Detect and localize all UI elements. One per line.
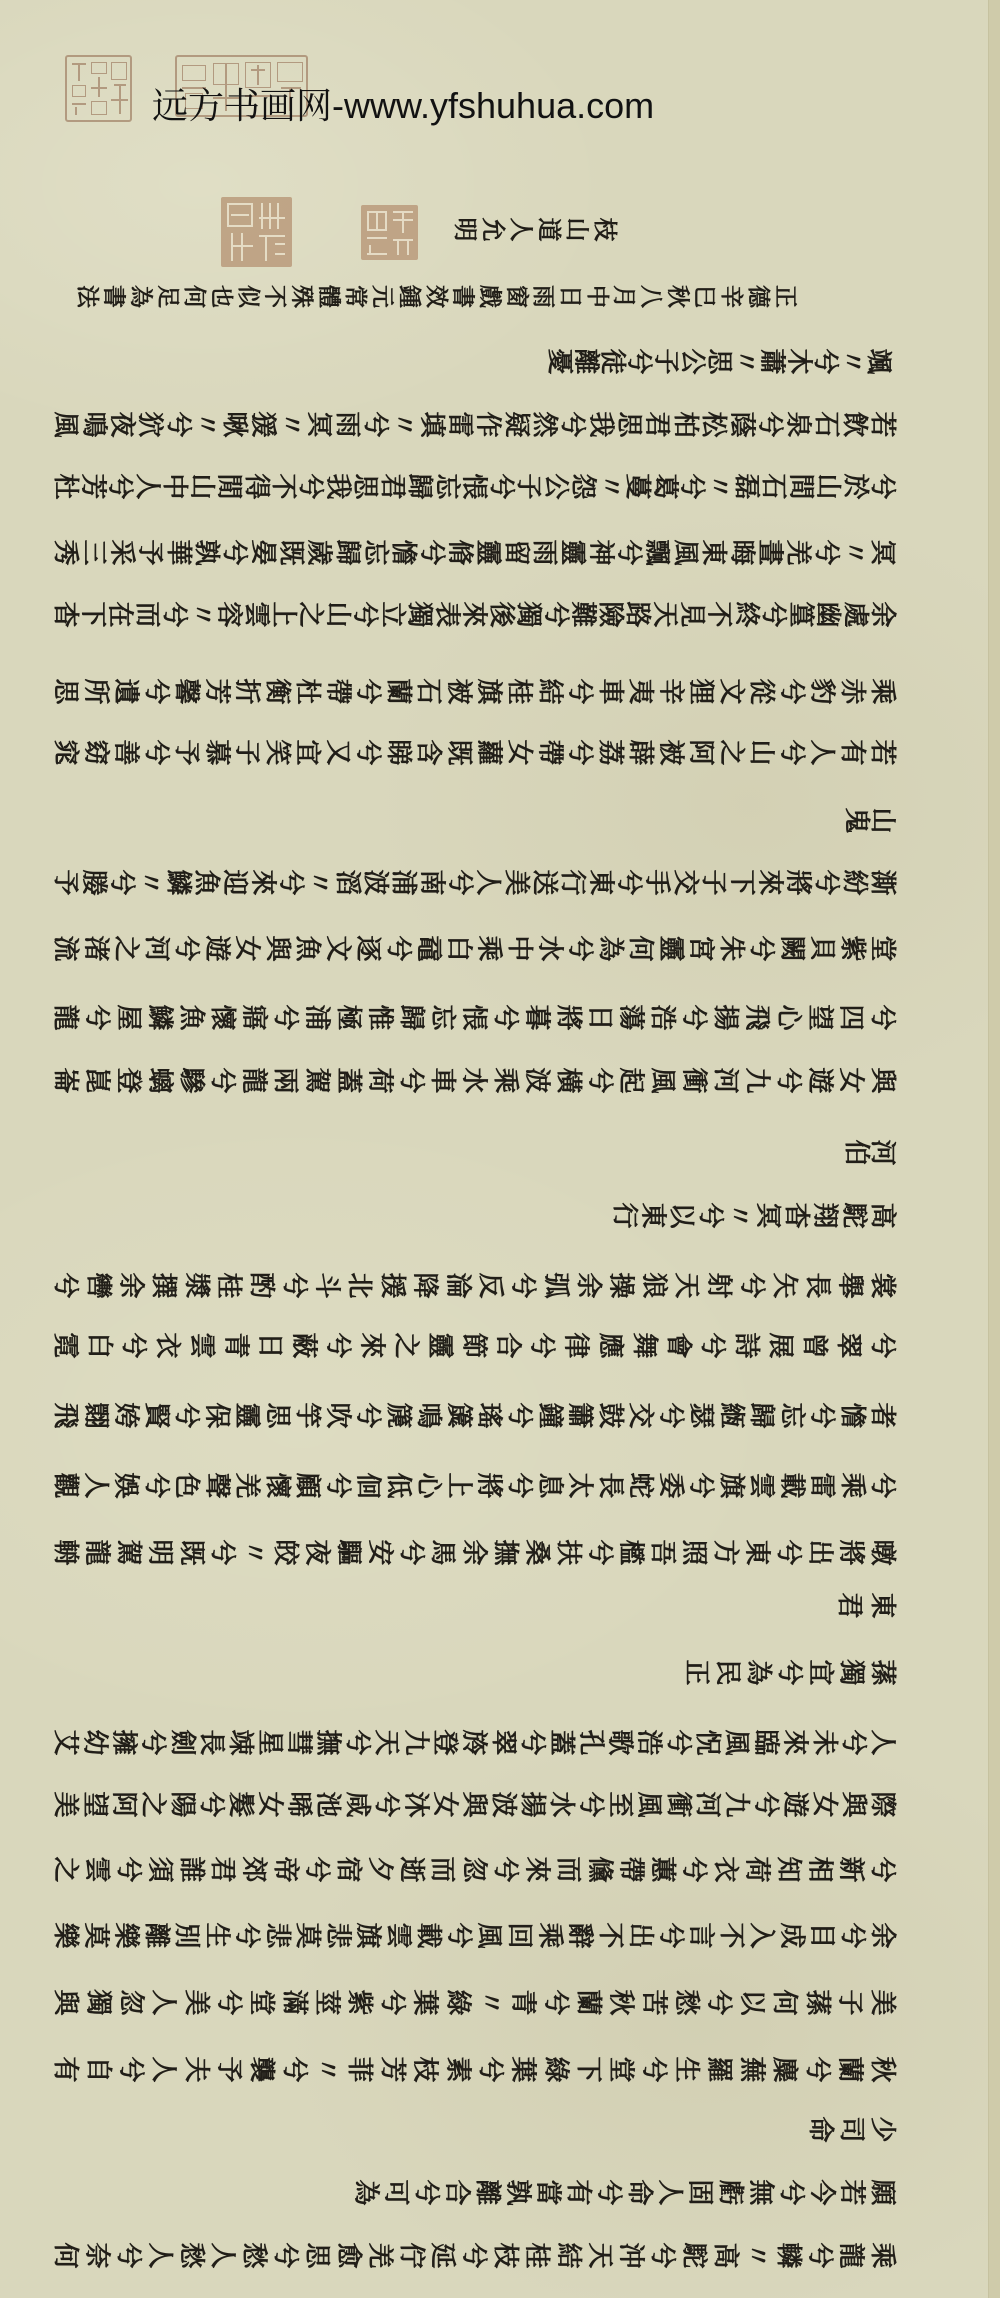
text-column: 冥〃兮羌晝晦東風飄兮神靈雨留靈脩兮憺忘歸歲既晏兮孰華予采三秀 <box>54 530 897 570</box>
poem-title: 少司命 <box>804 2107 897 2147</box>
text-column: 若飲石泉兮蔭松柏君思我兮然疑作雷填〃兮雨冥〃猨啾〃兮狖夜鳴風 <box>54 402 897 442</box>
text-column: 秋蘭兮麋蕪羅生兮堂下綠葉兮素枝芳菲〃兮襲予夫人兮自有 <box>54 2047 897 2087</box>
text-column: 蓀獨宜兮為民正 <box>680 1650 897 1690</box>
text-column: 乘龍兮轔〃高駝兮沖天結桂枝兮延佇羌愈思兮愁人愁人兮奈何 <box>54 2233 897 2273</box>
text-column: 余兮目成入不言兮出不辭乘回風兮載雲旗悲莫悲兮生別離樂莫樂 <box>54 1913 897 1953</box>
poem-title: 東君 <box>831 1583 897 1623</box>
poem-title: 山鬼 <box>845 798 897 838</box>
colophon: 正德辛巳秋八月中日雨窗戲書效鍾元常體殊不似也何足為書法 <box>77 274 798 314</box>
text-column: 人兮未來臨風怳兮浩歌孔蓋兮翠旍登九天兮撫彗星竦長劍兮擁幼艾 <box>54 1720 897 1760</box>
text-column: 裳舉長矢兮射天狼操余弧兮反淪降援北斗兮酌桂漿撰余轡兮 <box>54 1263 897 1303</box>
text-column: 高駝翔杳冥〃兮以東行 <box>610 1193 897 1233</box>
site-watermark: 远方书画网-www.yfshuhua.com <box>152 84 654 128</box>
text-column: 美子蓀何以兮愁苦秋蘭兮青〃綠葉兮紫莖滿堂兮美人忽獨與 <box>54 1980 897 2020</box>
text-column: 兮新相知荷衣兮蕙帶儵而來兮忽而逝夕宿兮帝郊君誰須兮雲之 <box>54 1847 897 1887</box>
text-column: 澌紛兮將來下子交手兮東行送美人兮南浦波滔〃兮來迎魚鱗〃兮媵予 <box>54 860 897 900</box>
text-column: 堂紫貝闕兮朱宮靈何為兮水中乘白黿兮逐文魚與女遊兮河之渚流 <box>54 926 897 966</box>
text-column: 兮四望心飛揚兮浩蕩日將暮兮悵忘歸惟極浦兮寤懷魚鱗屋兮龍 <box>54 995 897 1035</box>
text-column: 兮於山間石磊〃兮葛蔓〃怨公子兮悵忘歸君思我兮不得閒山中人兮芳杜 <box>54 464 897 504</box>
text-column: 者憺兮忘歸緪瑟兮交鼓簫鐘兮瑤簴鳴篪兮吹竽思靈保兮賢姱翾飛 <box>54 1393 897 1433</box>
text-column: 際與女遊兮九河衝風至兮水揚波與女沐兮咸池晞女髮兮陽之阿望美 <box>54 1782 897 1822</box>
text-column: 若有人兮山之阿被薜荔兮帶女蘿既含睇兮又宜笑子慕予兮善窈窕 <box>54 730 897 770</box>
artist-signature: 枝山道人允明 <box>450 207 618 247</box>
calligraphy-scroll: 乘龍兮轔〃高駝兮沖天結桂枝兮延佇羌愈思兮愁人愁人兮奈何 願若今兮無虧固人命兮有當… <box>0 0 1000 2298</box>
text-column: 願若今兮無虧固人命兮有當孰離合兮可為 <box>350 2170 897 2210</box>
text-column: 乘赤豹兮從文狸辛夷車兮結桂旗被石蘭兮帶杜衡折芳馨兮遺所思 <box>54 669 897 709</box>
poem-title: 河伯 <box>845 1130 897 1170</box>
text-column: 兮乘雷載雲旗兮委蛇長太息兮將上心低佪兮顧懷羌聲色兮娛人觀 <box>54 1463 897 1503</box>
text-column: 余處幽篁兮終不見天路險難兮獨後來表獨立兮山之上雲容〃兮而在下杳 <box>54 592 897 632</box>
text-column: 與女遊兮九河衝風起兮橫波乘水車兮荷蓋駕兩龍兮驂螭登崑崙 <box>54 1058 897 1098</box>
text-column: 暾將出兮東方照吾檻兮扶桑撫余馬兮安驅夜皎〃兮既明駕龍輈 <box>54 1530 897 1570</box>
text-column: 颯〃兮木蕭〃思公子兮徒離憂 <box>547 339 893 379</box>
text-column: 兮翠曾展詩兮會舞應律兮合節靈之來兮蔽日青雲衣兮白霓 <box>54 1323 897 1363</box>
